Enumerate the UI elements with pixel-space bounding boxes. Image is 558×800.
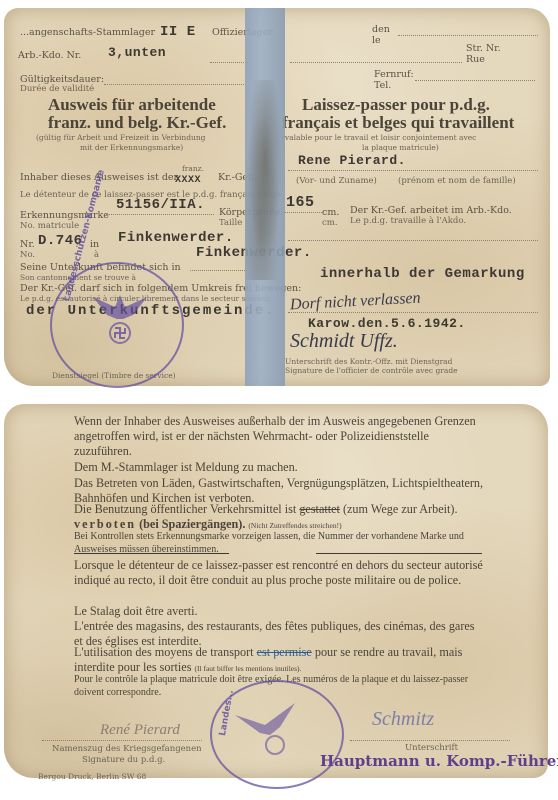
kdo-nr-label: Nr. <box>20 239 35 250</box>
transport-fr-prefix: L'utilisation des moyens de transport <box>74 645 254 659</box>
prisoner-sig-label-de: Namenszug des Kriegsgefangenen <box>52 744 202 754</box>
transport-fr-struck: est permise <box>257 645 312 659</box>
place-date: Karow.den.5.6.1942. <box>308 316 466 331</box>
transport-de-suffix: (zum Wege zur Arbeit). <box>343 502 458 516</box>
phone-label: Fernruf: <box>374 69 414 80</box>
sig-label-de: Unterschrift des Kontr.-Offz. mit Dienst… <box>285 357 452 366</box>
kdo-nr-label-fr: No. <box>20 250 35 260</box>
back-transport-fr: L'utilisation des moyens de transport es… <box>74 645 484 676</box>
title-fr-line2: français et belges qui travaillent <box>282 113 514 132</box>
works-label: Der Kr.-Gef. arbeitet im Arb.-Kdo. <box>350 205 512 216</box>
name-label-de: (Vor- und Zuname) <box>296 176 377 186</box>
tag-label-fr: No. matricule <box>20 221 79 231</box>
sig-label-fr: Signature de l'officier de contrôle avec… <box>285 366 458 375</box>
officer-signature-front: Schmidt Uffz. <box>290 330 398 353</box>
back-fr-para-1: Lorsque le détenteur de ce laissez-passe… <box>74 558 484 588</box>
kdo-in-label-fr: à <box>94 250 99 260</box>
camp-value: II E <box>160 24 196 40</box>
camp-label: ...angenschafts-Stammlager <box>20 27 155 38</box>
nationality-typed: XXXX <box>175 175 201 186</box>
holder-name: Rene Pierard. <box>298 153 406 168</box>
back-de-para-2: Dem M.-Stammlager ist Meldung zu machen. <box>74 460 484 475</box>
back-fr-para-2: Le Stalag doit être averti. <box>74 604 484 619</box>
back-de-para-1: Wenn der Inhaber des Ausweises außerhalb… <box>74 414 484 459</box>
title-fr-note1: (valable pour le travail et loisir conjo… <box>282 133 476 142</box>
kdo-location: Finkenwerder. <box>118 230 234 246</box>
transport-de-forbidden: verboten <box>74 517 136 531</box>
kdo-value: 3,unten <box>108 45 166 60</box>
title-de-line1: Ausweis für arbeitende <box>48 95 216 114</box>
works-label-fr: Le p.d.g. travaille à l'Akdo. <box>350 216 466 226</box>
transport-fr-note: (Il faut biffer les mentions inutiles). <box>195 664 302 673</box>
name-label-fr: (prénom et nom de famille) <box>398 176 516 186</box>
title-de-line2: franz. und belg. Kr.-Gef. <box>48 113 226 132</box>
street-label-fr: Rue <box>466 54 485 65</box>
transport-de-note: (Nicht Zutreffendes streichen!) <box>248 521 341 530</box>
officer-signature-back: Schmitz <box>372 708 434 731</box>
validity-label-fr: Durée de validité <box>20 84 94 94</box>
kdo-in-label: in <box>90 239 99 250</box>
back-transport-de: Die Benutzung öffentlicher Verkehrsmitte… <box>74 502 484 533</box>
le-label: le <box>372 35 381 46</box>
radius-value-1: innerhalb der Gemarkung <box>320 266 525 282</box>
den-label: den <box>372 24 390 35</box>
height-value: 165 <box>286 194 315 211</box>
prisoner-signature: René Pierard <box>100 722 180 739</box>
title-fr-line1: Laissez-passer pour p.d.g. <box>302 95 490 114</box>
officer-rank-stamp: Hauptmann u. Komp.-Führer <box>320 752 558 770</box>
height-unit: cm. <box>322 207 339 218</box>
transport-de-struck: gestattet <box>299 502 340 516</box>
height-label-fr: Taille <box>219 218 242 228</box>
kdo-label: Arb.-Kdo. Nr. <box>18 50 81 61</box>
tag-value: 51156/IIA. <box>116 197 205 213</box>
title-fr-note2: la plaque matricule) <box>362 143 439 152</box>
eagle-emblem-icon <box>85 285 155 345</box>
back-eagle-emblem-icon <box>225 695 305 765</box>
title-de-note1: (gültig für Arbeit und Freizeit in Verbi… <box>36 133 205 142</box>
transport-de-forbidden-suffix: (bei Spaziergängen). <box>139 517 245 531</box>
street-label: Str. Nr. <box>466 43 501 54</box>
nationality-de: franz. <box>182 164 204 173</box>
title-de-note2: mit der Erkennungsmarke) <box>80 143 183 152</box>
phone-label-fr: Tel. <box>374 80 391 91</box>
height-unit-fr: cm. <box>322 218 338 228</box>
printer-imprint: Bergou Druck, Berlin SW 68 <box>38 772 146 781</box>
prisoner-sig-label-fr: Signature du p.d.g. <box>82 755 165 765</box>
tape-stain <box>245 80 285 280</box>
transport-de-prefix: Die Benutzung öffentlicher Verkehrsmitte… <box>74 502 296 516</box>
